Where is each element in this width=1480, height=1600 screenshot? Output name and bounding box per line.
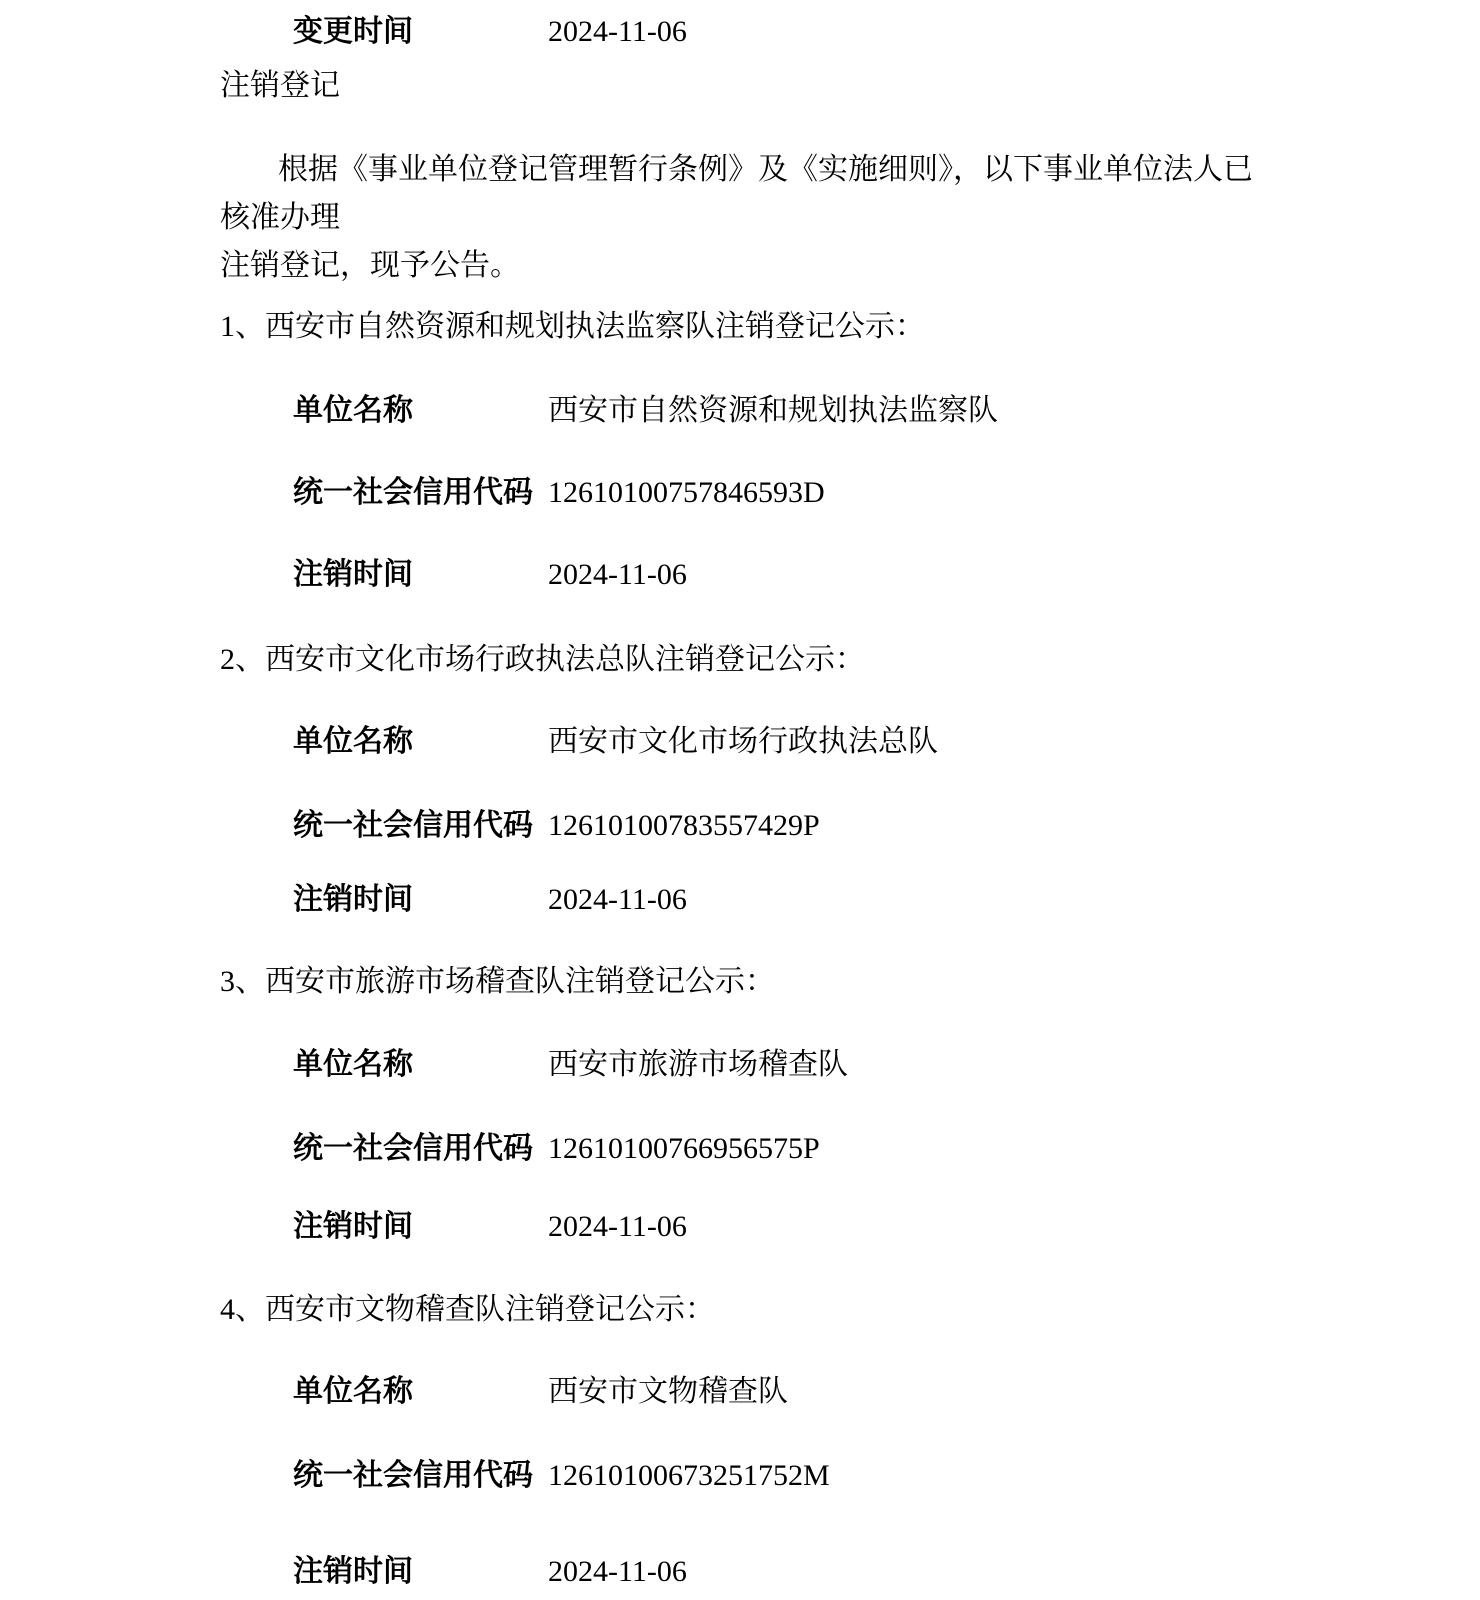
credit-code-label: 统一社会信用代码: [293, 806, 548, 846]
item-1-cancel-date-value: 2024-11-06: [548, 555, 687, 595]
intro-line-2: 注销登记，现予公告。: [220, 242, 1255, 290]
credit-code-label: 统一社会信用代码: [293, 1129, 548, 1169]
item-1-name-value: 西安市自然资源和规划执法监察队: [548, 391, 998, 431]
announcement-page: 变更时间 2024-11-06 注销登记 根据《事业单位登记管理暂行条例》及《实…: [0, 0, 1480, 1600]
unit-name-label: 单位名称: [293, 1372, 548, 1412]
item-4-cancel-date-value: 2024-11-06: [548, 1552, 687, 1592]
item-3-heading: 3、西安市旅游市场稽查队注销登记公示：: [220, 962, 775, 1002]
unit-name-label: 单位名称: [293, 1045, 548, 1085]
item-1-credit-code-value: 12610100757846593D: [548, 473, 825, 513]
credit-code-label: 统一社会信用代码: [293, 1456, 548, 1496]
item-2-credit-code-row: 统一社会信用代码 12610100783557429P: [293, 806, 820, 846]
item-4-name-row: 单位名称 西安市文物稽查队: [293, 1372, 788, 1412]
item-3-name-row: 单位名称 西安市旅游市场稽查队: [293, 1045, 848, 1085]
intro-line-1: 根据《事业单位登记管理暂行条例》及《实施细则》，以下事业单位法人已核准办理: [220, 146, 1255, 242]
unit-name-label: 单位名称: [293, 722, 548, 762]
cancel-date-label: 注销时间: [293, 880, 548, 920]
item-2-name-value: 西安市文化市场行政执法总队: [548, 722, 938, 762]
cancel-date-label: 注销时间: [293, 1207, 548, 1247]
item-3-name-value: 西安市旅游市场稽查队: [548, 1045, 848, 1085]
item-4-name-value: 西安市文物稽查队: [548, 1372, 788, 1412]
item-3-cancel-date-value: 2024-11-06: [548, 1207, 687, 1247]
item-1-name-row: 单位名称 西安市自然资源和规划执法监察队: [293, 391, 998, 431]
item-4-credit-code-row: 统一社会信用代码 12610100673251752M: [293, 1456, 830, 1496]
change-date-value: 2024-11-06: [548, 12, 687, 52]
item-2-cancel-date-value: 2024-11-06: [548, 880, 687, 920]
item-4-credit-code-value: 12610100673251752M: [548, 1456, 830, 1496]
item-2-heading: 2、西安市文化市场行政执法总队注销登记公示：: [220, 640, 865, 680]
item-3-credit-code-row: 统一社会信用代码 12610100766956575P: [293, 1129, 820, 1169]
unit-name-label: 单位名称: [293, 391, 548, 431]
item-3-cancel-date-row: 注销时间 2024-11-06: [293, 1207, 687, 1247]
item-1-cancel-date-row: 注销时间 2024-11-06: [293, 555, 687, 595]
item-2-cancel-date-row: 注销时间 2024-11-06: [293, 880, 687, 920]
cancel-date-label: 注销时间: [293, 555, 548, 595]
section-title: 注销登记: [220, 66, 340, 106]
change-date-row: 变更时间 2024-11-06: [293, 12, 687, 52]
item-4-cancel-date-row: 注销时间 2024-11-06: [293, 1552, 687, 1592]
item-2-name-row: 单位名称 西安市文化市场行政执法总队: [293, 722, 938, 762]
cancel-date-label: 注销时间: [293, 1552, 548, 1592]
item-4-heading: 4、西安市文物稽查队注销登记公示：: [220, 1290, 715, 1330]
change-date-label: 变更时间: [293, 12, 548, 52]
credit-code-label: 统一社会信用代码: [293, 473, 548, 513]
item-2-credit-code-value: 12610100783557429P: [548, 806, 820, 846]
item-1-heading: 1、西安市自然资源和规划执法监察队注销登记公示：: [220, 307, 925, 347]
intro-paragraph: 根据《事业单位登记管理暂行条例》及《实施细则》，以下事业单位法人已核准办理 注销…: [220, 146, 1255, 290]
item-3-credit-code-value: 12610100766956575P: [548, 1129, 820, 1169]
item-1-credit-code-row: 统一社会信用代码 12610100757846593D: [293, 473, 825, 513]
